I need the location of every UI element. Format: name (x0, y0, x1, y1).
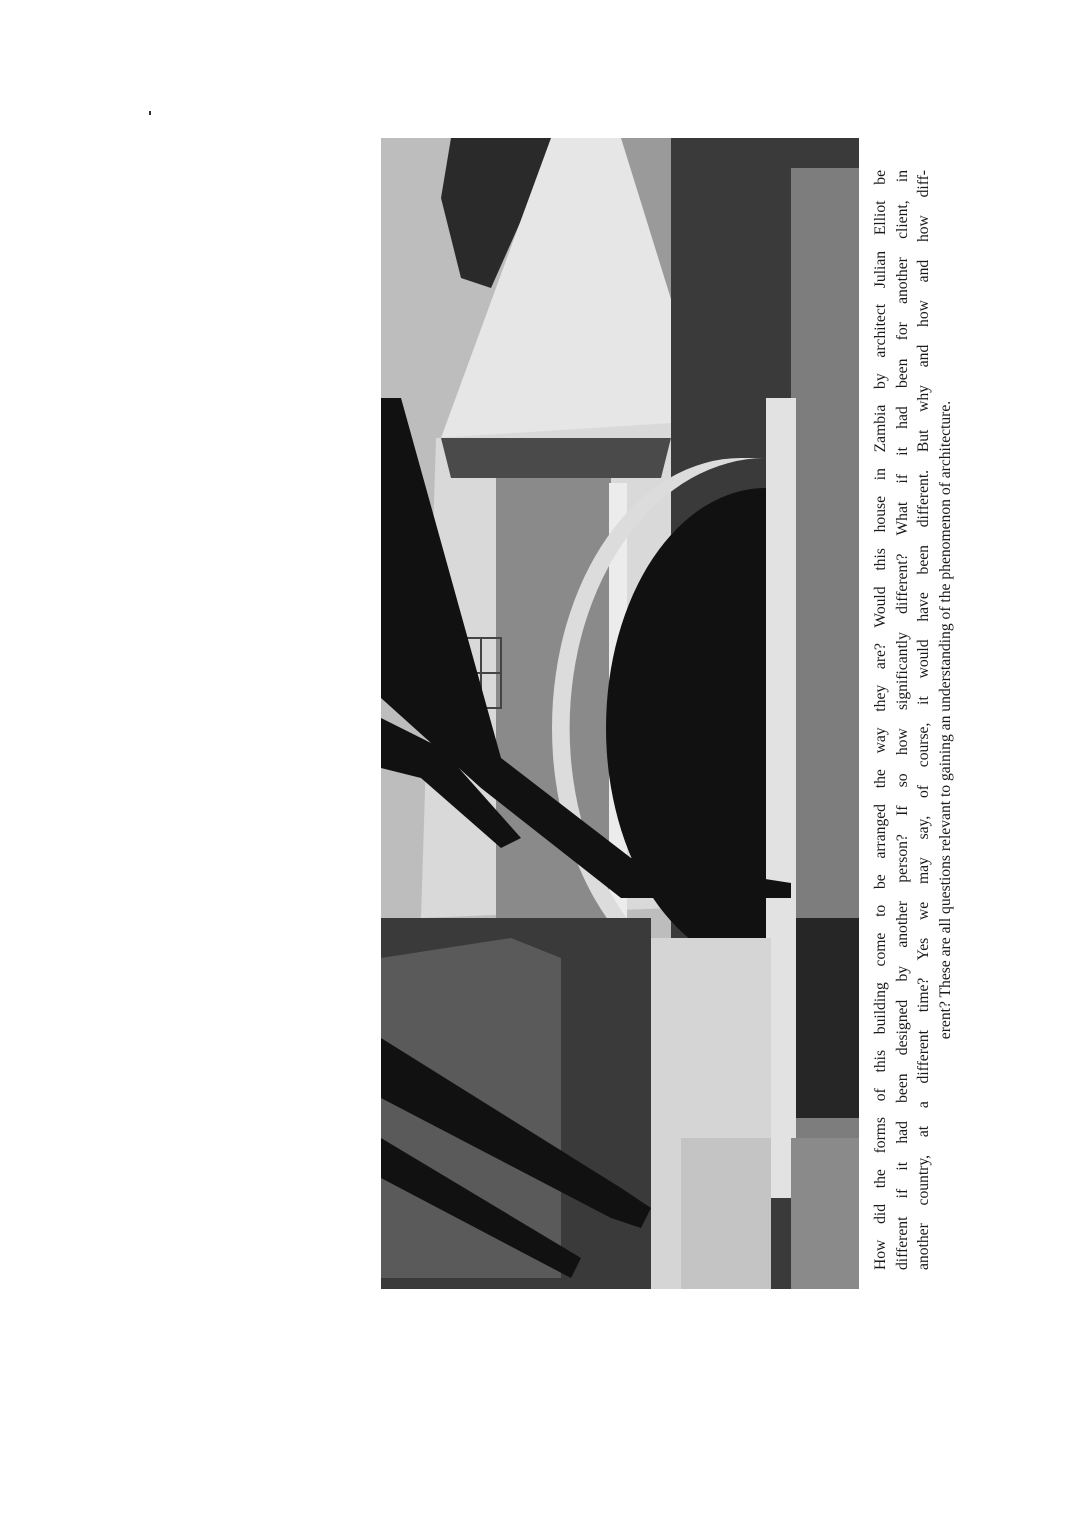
caption-line: different if it had been designed by ano… (892, 170, 914, 1270)
scan-speck (149, 111, 151, 115)
figure-caption: How did the forms of this building come … (870, 170, 956, 1270)
caption-line: another country, at a different time? Ye… (913, 170, 935, 1270)
photo-illustration (381, 138, 859, 1289)
architecture-photo (381, 138, 859, 1289)
caption-line: erent? These are all questions relevant … (935, 170, 957, 1270)
caption-line: How did the forms of this building come … (870, 170, 892, 1270)
